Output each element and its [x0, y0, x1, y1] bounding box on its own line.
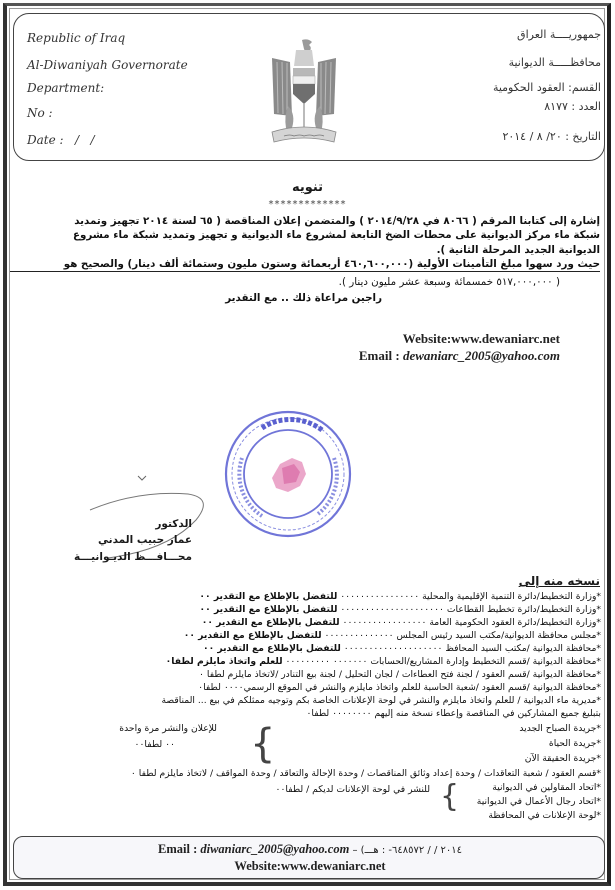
copy-recipient: *وزارة التخطيط/دائرة العقود الحكومية الع… [202, 616, 601, 629]
title-separator: ************* [0, 199, 615, 210]
footer-contact-line: Email : diwaniarc_2005@yahoo.com – (٢٠١٤… [14, 842, 606, 857]
newspaper-item: *جريدة الحقيقة الآن [525, 752, 601, 765]
notice-line-4: حيث ورد سهوا مبلغ التأمينات الأولية (٤٦٠… [30, 257, 600, 272]
footer-phone-date: – (٢٠١٤ / / ٦٤٨٥٧٢- : هـــ [349, 845, 462, 856]
newspapers-note: للإعلان والنشر مرة واحدة [119, 722, 217, 735]
underline-rule [10, 271, 600, 272]
copy-recipient: *مجلس محافظة الديوانية/مكتب السيد رئيس ا… [184, 629, 601, 642]
union-item: *اتحاد رجال الأعمال في الديوانية [477, 795, 601, 808]
union-item: *لوحة الإعلانات في المحافظة [488, 809, 601, 822]
footer-email-link[interactable]: diwaniarc_2005@yahoo.com [200, 842, 349, 856]
signatory-position: محـــافـــظ الديـوانيـــة [62, 549, 192, 565]
unions-note: للنشر في لوحة الإعلانات لديكم / لطفا٠٠ [276, 783, 430, 796]
footer-email-label: Email : [158, 842, 200, 856]
notice-closing: راجين مراعاة ذلك .. مع التقدير [30, 291, 382, 306]
header-country-en: Republic of Iraq [27, 31, 125, 45]
header-governorate-en: Al-Diwaniyah Governorate [27, 58, 188, 72]
notice-title: تنويه [0, 180, 615, 195]
header-department-en: Department: [27, 81, 104, 95]
copy-recipient: *محافظة الديوانية /قسم العقود / لجنة فتح… [199, 668, 601, 681]
header-number-ar: العدد : ٨١٧٧ [401, 100, 601, 113]
newspapers-note-thanks: ٠٠ لطفا٠٠ [135, 738, 175, 751]
signatory-title: الدكتور [92, 516, 192, 532]
copy-recipient: *مديرية ماء الديوانية / للعلم واتخاذ ماي… [161, 694, 601, 707]
brace-icon: { [250, 724, 275, 764]
copy-recipient: *وزارة التخطيط/دائرة التنمية الإقليمية و… [199, 590, 601, 603]
notice-line-2: شبكة ماء مركز الديوانية على محطات الضخ ا… [30, 228, 600, 243]
copy-recipient: بتبليغ جميع المشاركين في المناقصة وإعطاء… [306, 707, 601, 720]
newspaper-item: *جريدة الحياة [549, 737, 601, 750]
header-no-en: No : [27, 106, 53, 120]
header-department-ar: القسم: العقود الحكومية [401, 81, 601, 94]
union-item: *اتحاد المقاولين في الديوانية [492, 781, 601, 794]
contracts-recipient: *قسم العقود / شعبة التعاقدات / وحدة إعدا… [131, 767, 601, 780]
email-label: Email : [359, 348, 403, 363]
footer-box: Email : diwaniarc_2005@yahoo.com – (٢٠١٤… [13, 836, 605, 879]
notice-line-3: الديوانية الجديد المرحلة الثانية ). [30, 243, 600, 258]
email-line: Email : dewaniarc_2005@yahoo.com [300, 348, 560, 364]
copy-recipient: *محافظة الديوانية /قسم العقود /شعبة الحا… [198, 681, 601, 694]
footer-website[interactable]: Website:www.dewaniarc.net [14, 859, 606, 874]
copy-recipient: *محافظة الديوانية /مكتب السيد المحافظ ٠٠… [203, 642, 601, 655]
website-text: Website:www.dewaniarc.net [330, 331, 560, 347]
header-date-en: Date : / / [27, 133, 95, 147]
header-country-ar: جمهوريــــة العراق [401, 28, 601, 41]
brace-icon: { [440, 782, 459, 812]
notice-line-1: إشارة إلى كتابنا المرقم ( ٨٠٦٦ في ٢٠١٤/٩… [30, 214, 600, 229]
copy-recipient: *محافظة الديوانية /قسم التخطيط وإدارة ال… [166, 655, 601, 668]
notice-line-5: ( ٥١٧,٠٠٠,٠٠٠ خمسمائة وسبعة عشر مليون دي… [30, 275, 560, 290]
iraq-emblem-icon [262, 36, 346, 154]
email-link[interactable]: dewaniarc_2005@yahoo.com [403, 348, 560, 363]
official-stamp-icon [222, 408, 354, 540]
newspaper-item: *جريدة الصباح الجديد [519, 722, 601, 735]
copies-to-heading: نسخه منه إلى [480, 574, 600, 588]
header-governorate-ar: محافظـــــة الديوانية [401, 56, 601, 69]
signatory-name: عمار حبيب المدني [62, 532, 192, 548]
copy-recipient: *وزارة التخطيط/دائرة تخطيط القطاعات ٠٠٠٠… [200, 603, 601, 616]
header-date-ar: التاريخ : ٢٠/ ٨ / ٢٠١٤ [401, 130, 601, 143]
